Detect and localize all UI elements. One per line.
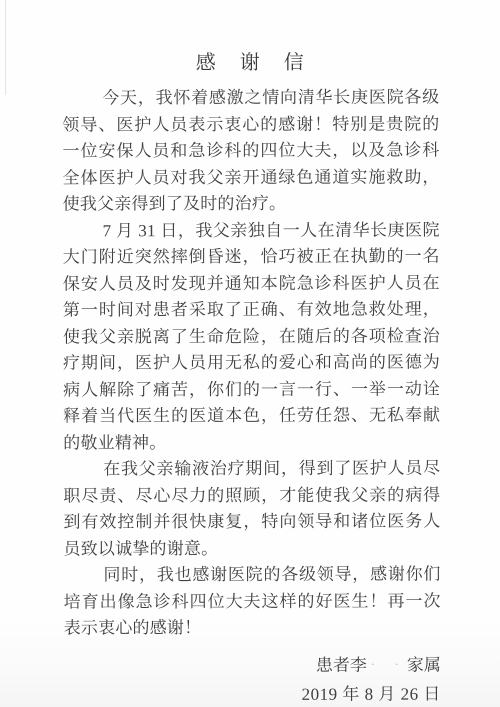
letter-date: 2019 年 8 月 26 日 xyxy=(64,680,441,707)
letter-paragraph-4: 同时，我也感谢医院的各级领导，感谢你们培育出像急诊科四位大夫这样的好医生！再一次… xyxy=(64,562,441,642)
signature-prefix: 患者李 xyxy=(316,655,367,674)
letter-content: 感 谢 信 今天，我怀着感激之情向清华长庚医院各级领导、医护人员表示衷心的感谢！… xyxy=(0,0,500,707)
letter-paragraph-2: 7 月 31 日，我父亲独自一人在清华长庚医院大门附近突然摔倒昏迷，恰巧被正在执… xyxy=(63,217,441,456)
signature-suffix: 家属 xyxy=(407,655,441,674)
letter-paragraph-1: 今天，我怀着感激之情向清华长庚医院各级领导、医护人员表示衷心的感谢！特别是贵院的… xyxy=(62,85,439,218)
scanned-letter-page: 感 谢 信 今天，我怀着感激之情向清华长庚医院各级领导、医护人员表示衷心的感谢！… xyxy=(0,0,500,707)
letter-paragraph-3: 在我父亲输液治疗期间，得到了医护人员尽职尽责、尽心尽力的照顾，才能使我父亲的病得… xyxy=(63,456,440,563)
signature-line: 患者李· ·家属 xyxy=(64,651,441,681)
signature-block: 患者李· ·家属 2019 年 8 月 26 日 xyxy=(64,651,441,707)
signature-redacted-name: · · xyxy=(367,650,407,678)
letter-title: 感 谢 信 xyxy=(62,48,439,79)
letter-body: 今天，我怀着感激之情向清华长庚医院各级领导、医护人员表示衷心的感谢！特别是贵院的… xyxy=(62,85,440,642)
